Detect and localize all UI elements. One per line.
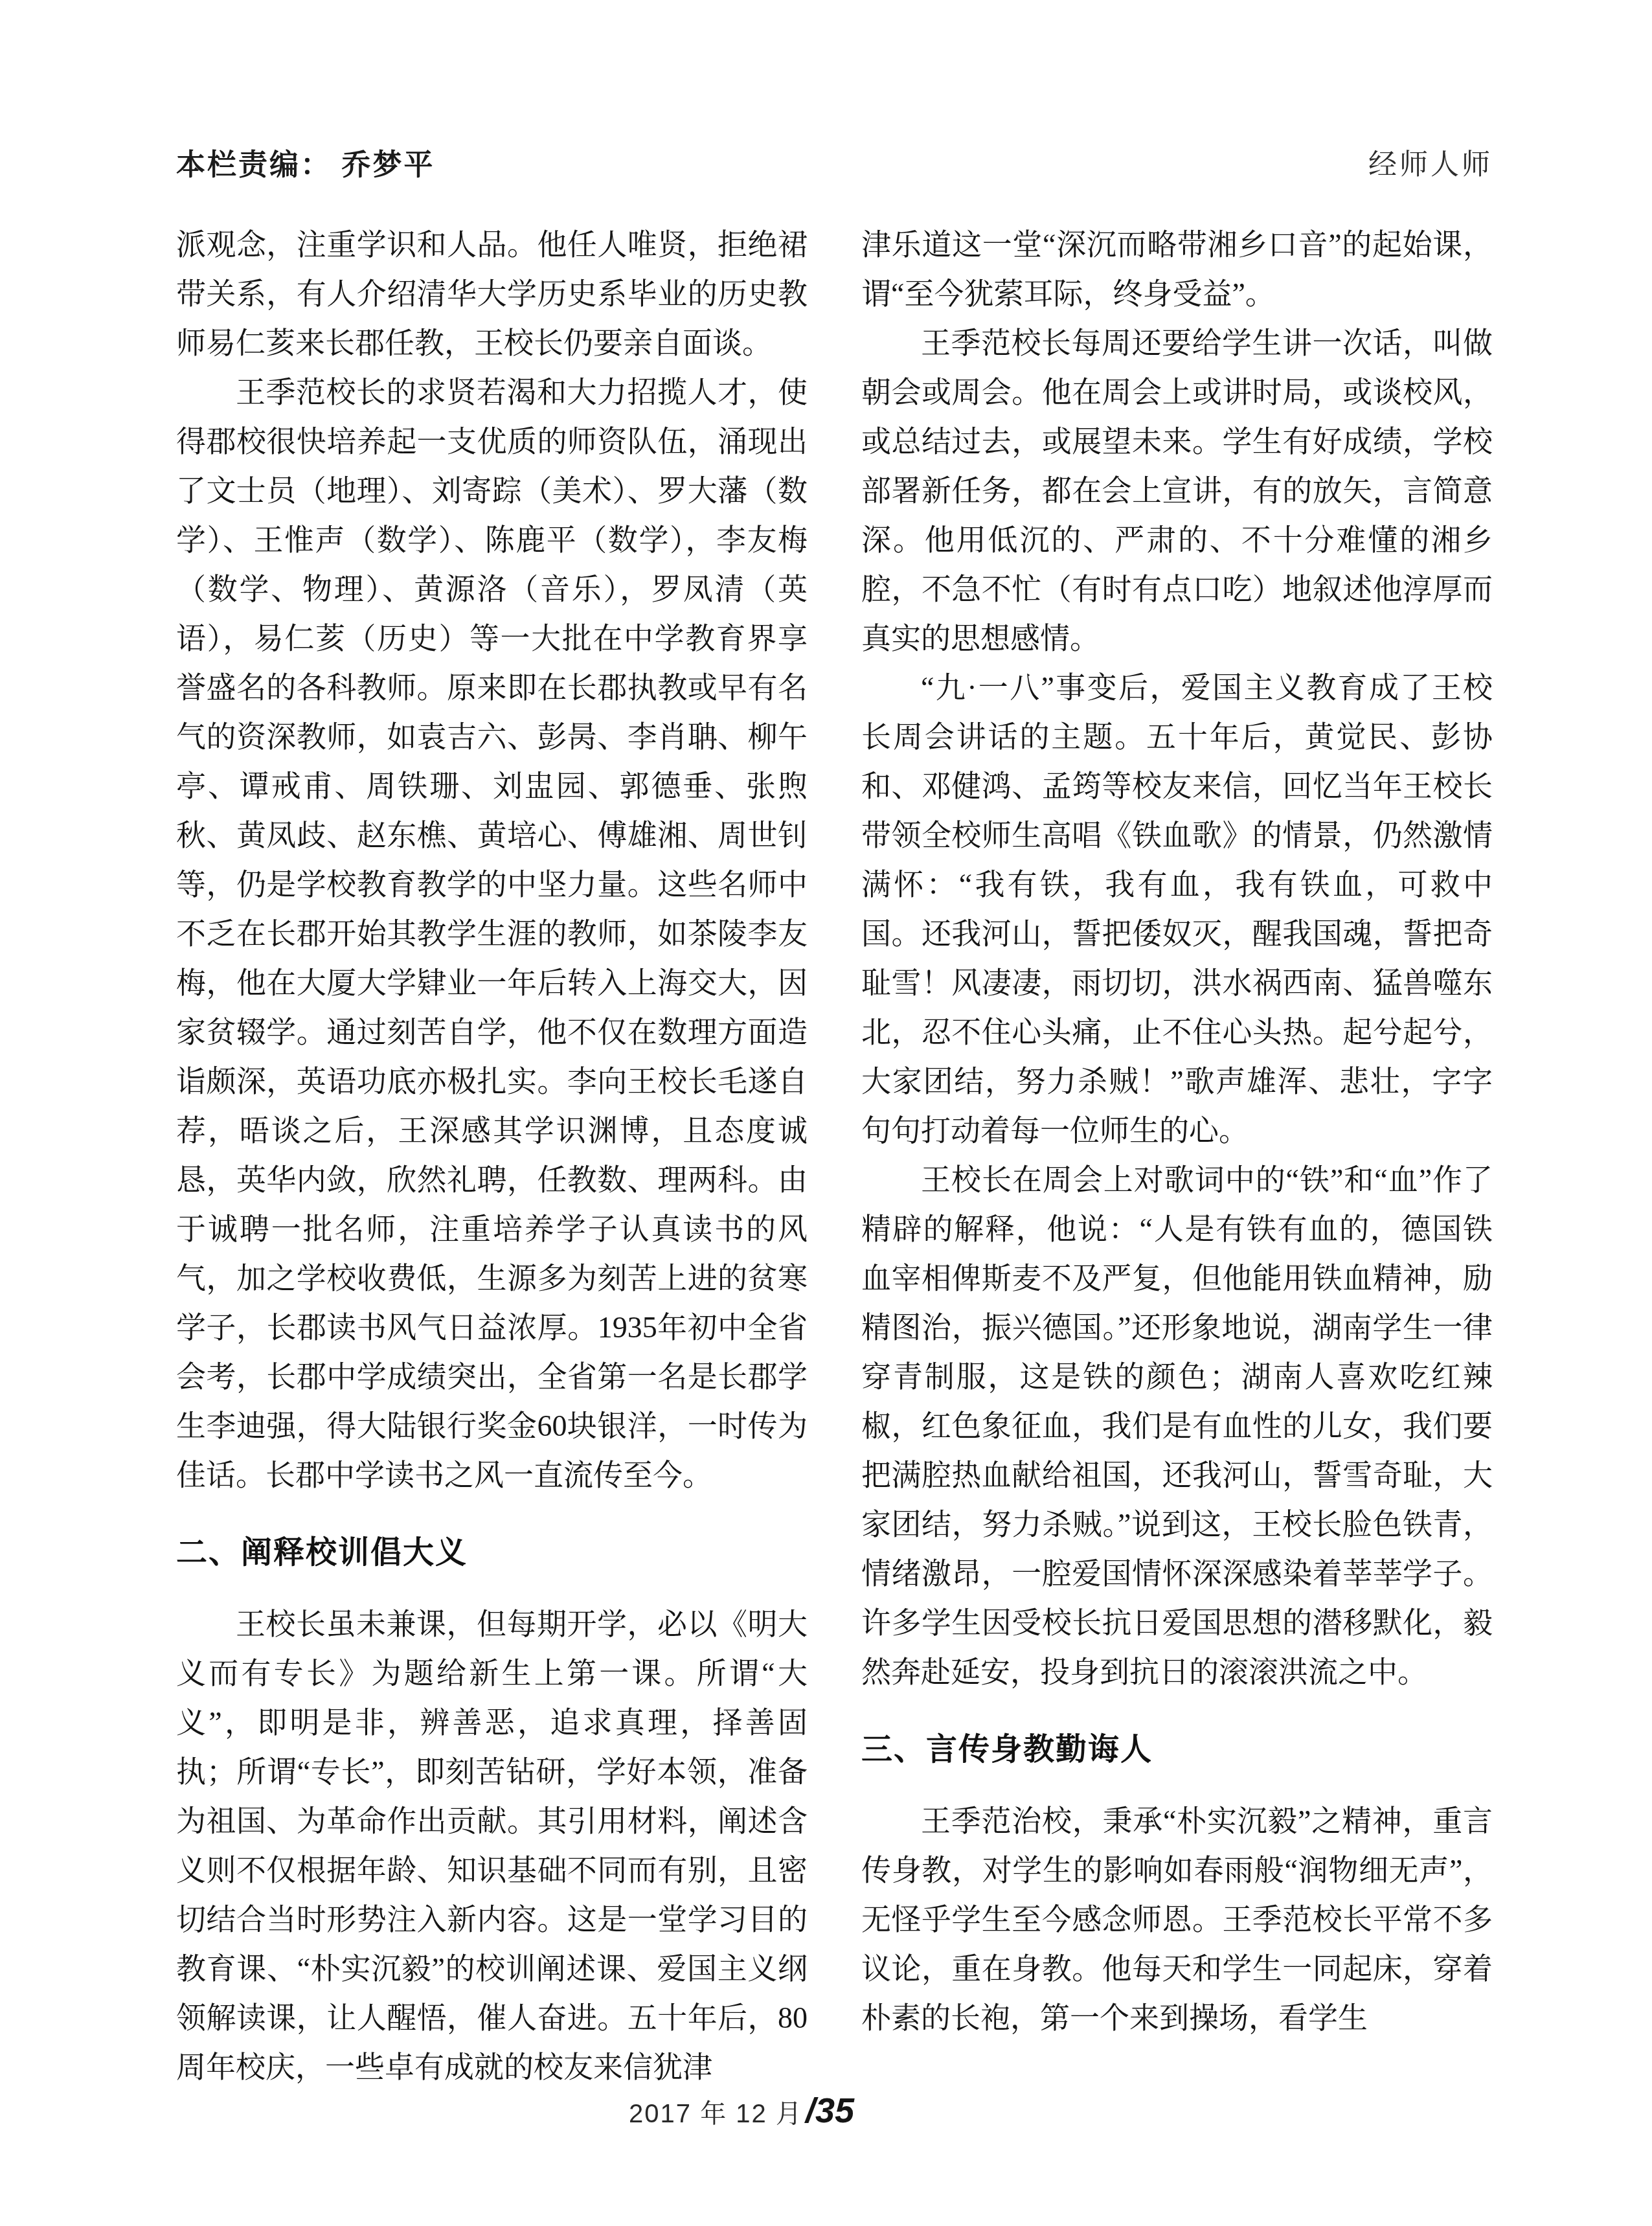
column-editor-label: 本栏责编： 乔梦平 — [176, 141, 435, 183]
body-paragraph: 津乐道这一堂“深沉而略带湘乡口音”的起始课，谓“至今犹萦耳际，终身受益”。 — [861, 220, 1493, 319]
footer-date: 2017 年 12 月 — [629, 2100, 803, 2128]
body-paragraph: 王季范治校，秉承“朴实沉毅”之精神，重言传身教，对学生的影响如春雨般“润物细无声… — [861, 1797, 1493, 2043]
body-paragraph: 王季范校长每周还要给学生讲一次话，叫做朝会或周会。他在周会上或讲时局，或谈校风，… — [861, 319, 1493, 663]
section-heading: 二、阐释校训倡大义 — [176, 1534, 808, 1573]
section-name-label: 经师人师 — [1368, 141, 1493, 183]
body-paragraph: “九·一八”事变后，爱国主义教育成了王校长周会讲话的主题。五十年后，黄觉民、彭协… — [861, 663, 1493, 1155]
page-footer: 2017 年 12 月/35 — [629, 2091, 854, 2131]
body-paragraph: 王季范校长的求贤若渴和大力招揽人才，使得郡校很快培养起一支优质的师资队伍，涌现出… — [176, 368, 808, 1500]
footer-page-number: /35 — [806, 2091, 854, 2130]
section-heading: 三、言传身教勤诲人 — [861, 1731, 1493, 1769]
body-paragraph: 王校长在周会上对歌词中的“铁”和“血”作了精辟的解释，他说：“人是有铁有血的，德… — [861, 1155, 1493, 1697]
magazine-page: 本栏责编： 乔梦平 经师人师 派观念，注重学识和人品。他任人唯贤，拒绝裙带关系，… — [0, 0, 1652, 2226]
body-paragraph: 派观念，注重学识和人品。他任人唯贤，拒绝裙带关系，有人介绍清华大学历史系毕业的历… — [176, 220, 808, 368]
left-text-column: 派观念，注重学识和人品。他任人唯贤，拒绝裙带关系，有人介绍清华大学历史系毕业的历… — [176, 220, 808, 2092]
body-paragraph: 王校长虽未兼课，但每期开学，必以《明大义而有专长》为题给新生上第一课。所谓“大义… — [176, 1600, 808, 2092]
right-text-column: 津乐道这一堂“深沉而略带湘乡口音”的起始课，谓“至今犹萦耳际，终身受益”。王季范… — [861, 220, 1493, 2043]
page-header: 本栏责编： 乔梦平 经师人师 — [176, 141, 1493, 180]
